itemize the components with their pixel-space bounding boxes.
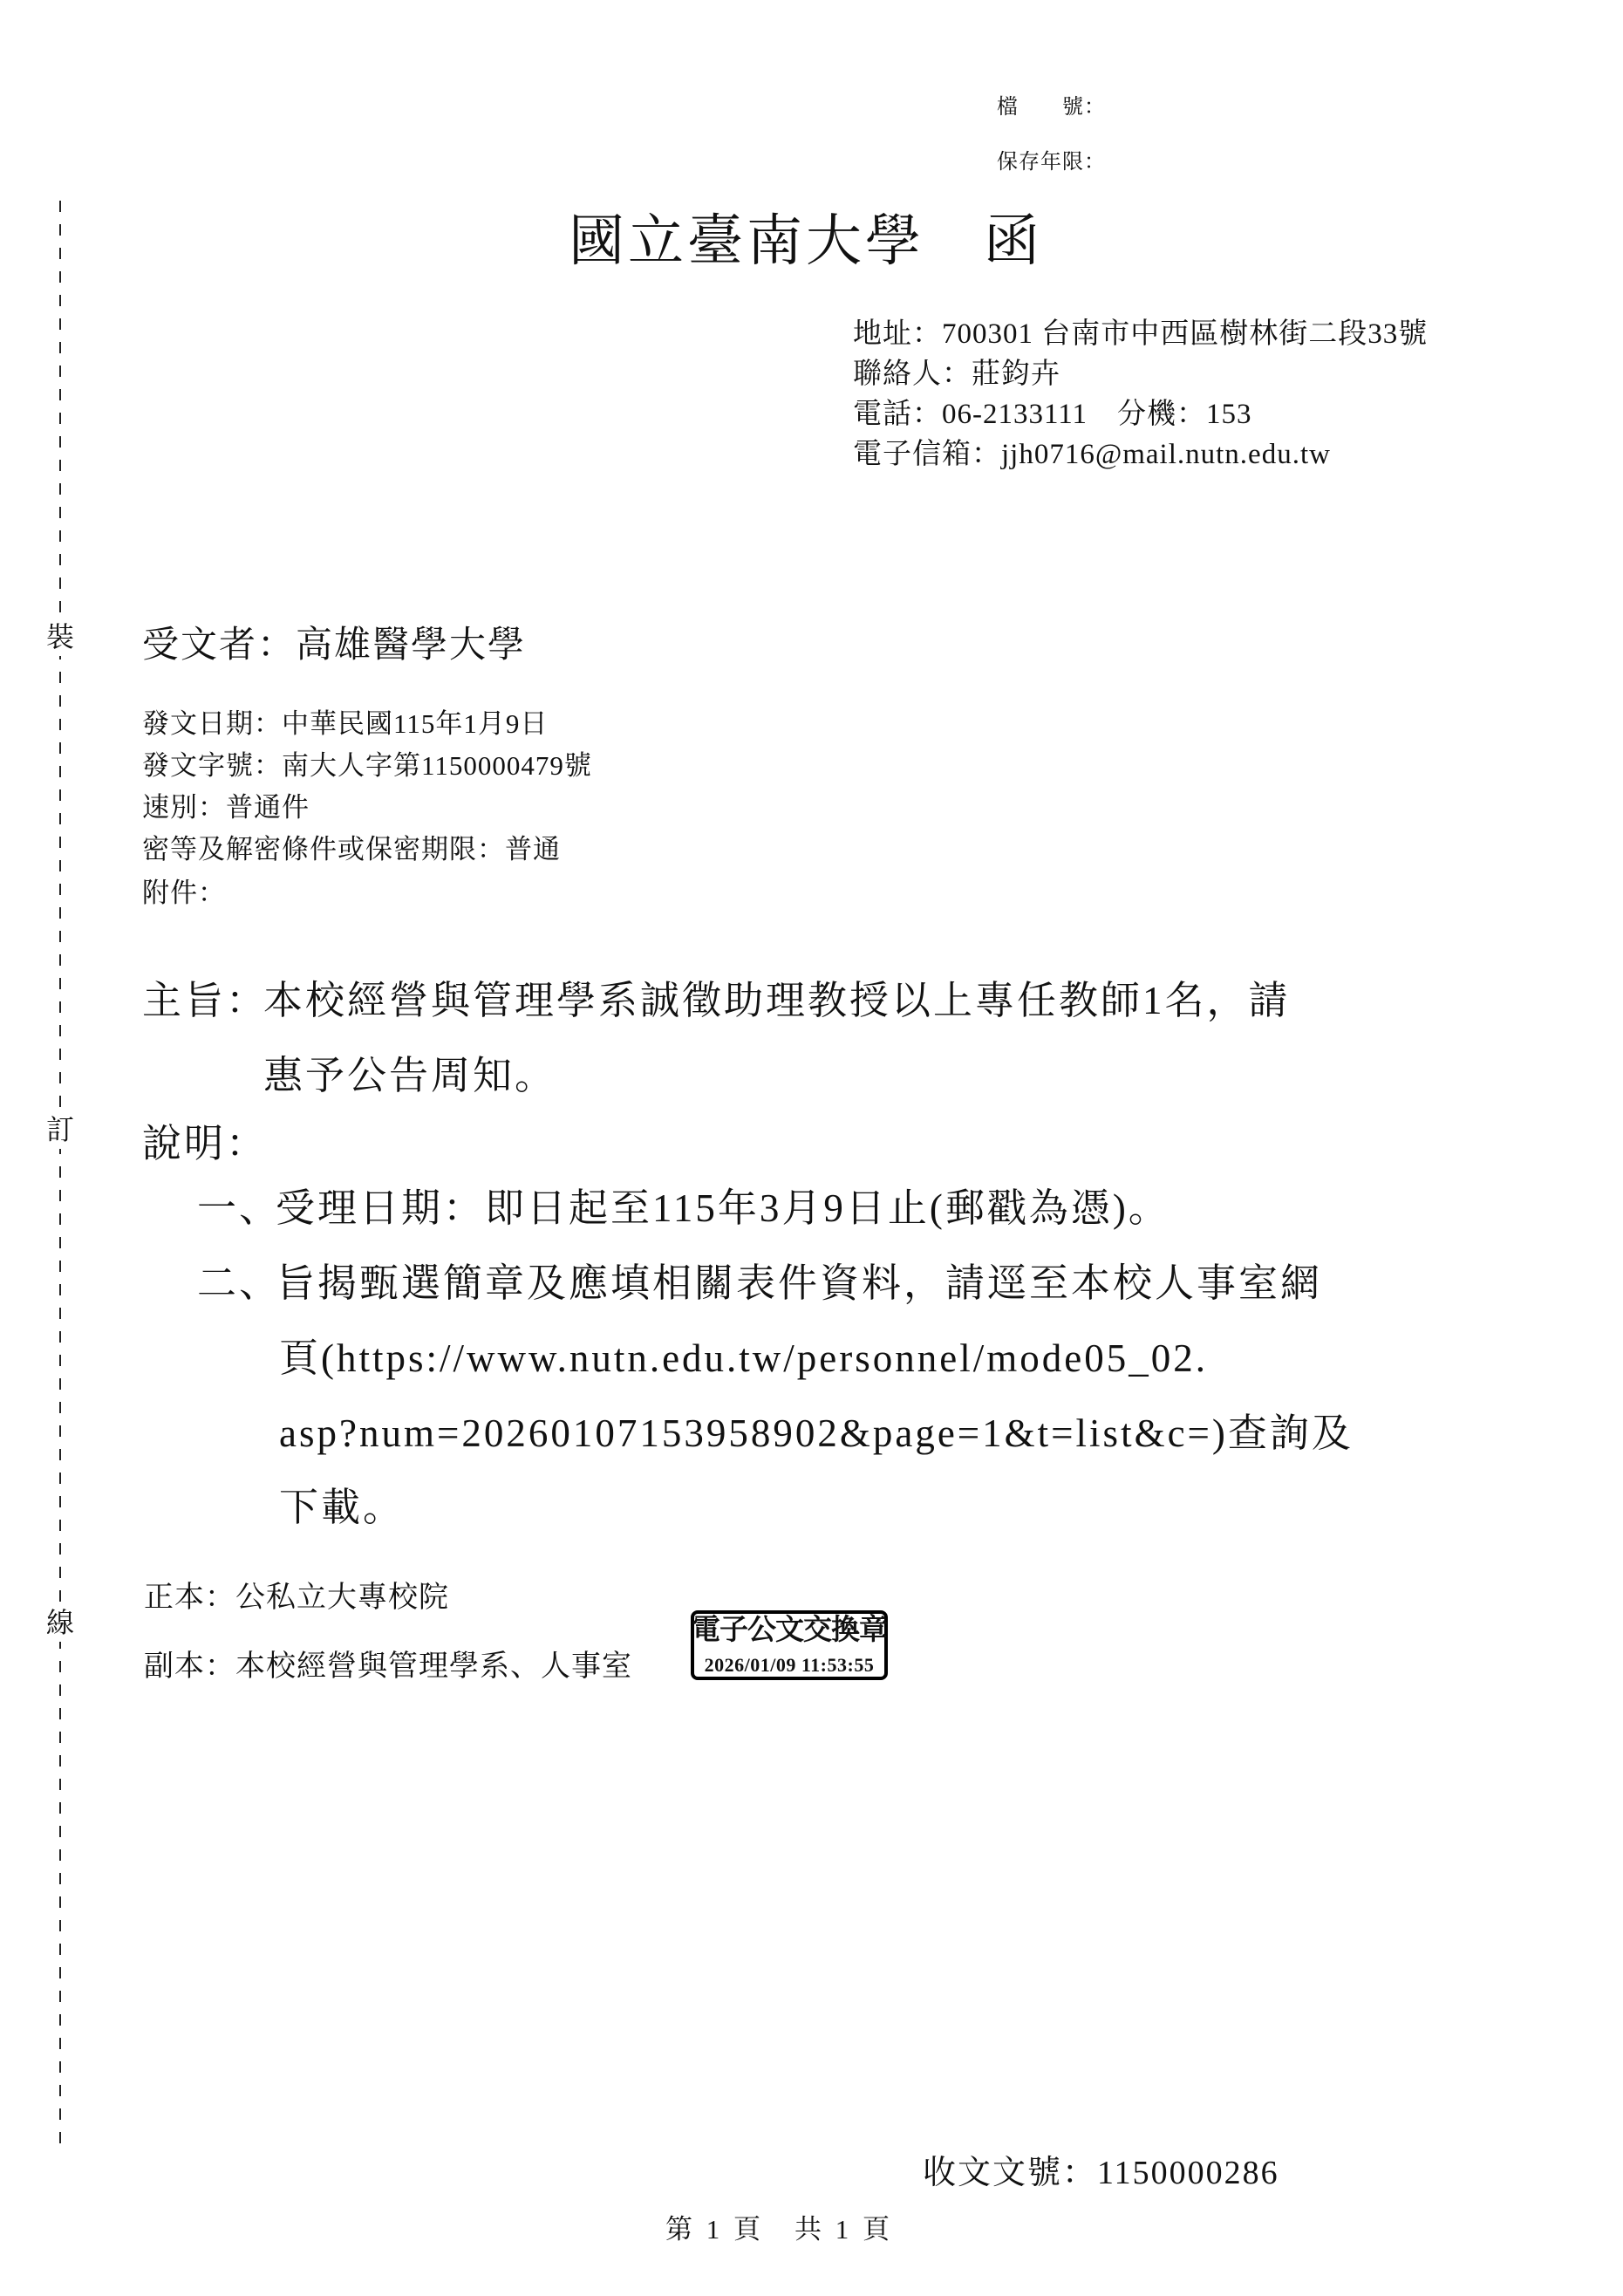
file-number-label: 檔 號： xyxy=(997,96,1106,120)
binding-mark-xian: 線 xyxy=(44,1603,76,1642)
page-number-info: 第 1 頁 共 1 頁 xyxy=(665,2214,893,2245)
receive-number: 收文文號：1150000286 xyxy=(923,2155,1279,2193)
item-2-line-2-url: 頁(https://www.nutn.edu.tw/personnel/mode… xyxy=(279,1336,1208,1382)
item-2-line-4: 下載。 xyxy=(279,1486,405,1531)
sender-phone: 電話：06-2133111 分機：153 xyxy=(853,394,1252,434)
binding-mark-ding: 訂 xyxy=(44,1110,76,1149)
carbon-copy-line: 副本：本校經營與管理學系、人事室 xyxy=(144,1650,632,1684)
issue-number: 發文字號：南大人字第1150000479號 xyxy=(142,745,592,787)
description-label: 說明： xyxy=(142,1122,268,1167)
issue-date: 發文日期：中華民國115年1月9日 xyxy=(142,703,548,745)
subject-label: 主旨： xyxy=(142,979,268,1024)
item-1-text: 受理日期：即日起至115年3月9日止(郵戳為憑)。 xyxy=(276,1186,1170,1232)
item-2-number: 二、 xyxy=(197,1261,281,1307)
official-letter-page: { "doc": { "archive": { "file_no": "檔 號：… xyxy=(0,0,1623,2296)
binding-mark-zhuang: 裝 xyxy=(44,618,76,656)
sender-address: 地址：700301 台南市中西區樹林街二段33號 xyxy=(853,314,1428,354)
sender-contact-person: 聯絡人：莊鈞卉 xyxy=(853,354,1060,394)
classification: 密等及解密條件或保密期限：普通 xyxy=(142,829,561,871)
subject-line-1: 本校經營與管理學系誠徵助理教授以上專任教師1名，請 xyxy=(263,979,1291,1024)
subject-line-2: 惠予公告周知。 xyxy=(263,1054,556,1099)
document-title: 國立臺南大學 函 xyxy=(569,209,1043,274)
item-2-line-1: 旨揭甄選簡章及應填相關表件資料，請逕至本校人事室網 xyxy=(276,1261,1322,1307)
attachment-label: 附件： xyxy=(142,872,226,914)
binding-dashed-line xyxy=(59,201,61,2146)
priority: 速別：普通件 xyxy=(142,787,310,829)
retention-period-label: 保存年限： xyxy=(997,151,1106,175)
stamp-title: 電子公文交換章 xyxy=(692,1615,887,1646)
item-1-number: 一、 xyxy=(197,1186,281,1232)
sender-email: 電子信箱：jjh0716@mail.nutn.edu.tw xyxy=(853,434,1331,475)
recipient-line: 受文者：高雄醫學大學 xyxy=(142,625,526,666)
stamp-datetime: 2026/01/09 11:53:55 xyxy=(705,1656,875,1675)
electronic-exchange-stamp: 電子公文交換章 2026/01/09 11:53:55 xyxy=(691,1610,888,1680)
original-copy-line: 正本：公私立大專校院 xyxy=(144,1581,449,1615)
item-2-line-3-url: asp?num=20260107153958902&page=1&t=list&… xyxy=(279,1411,1354,1457)
